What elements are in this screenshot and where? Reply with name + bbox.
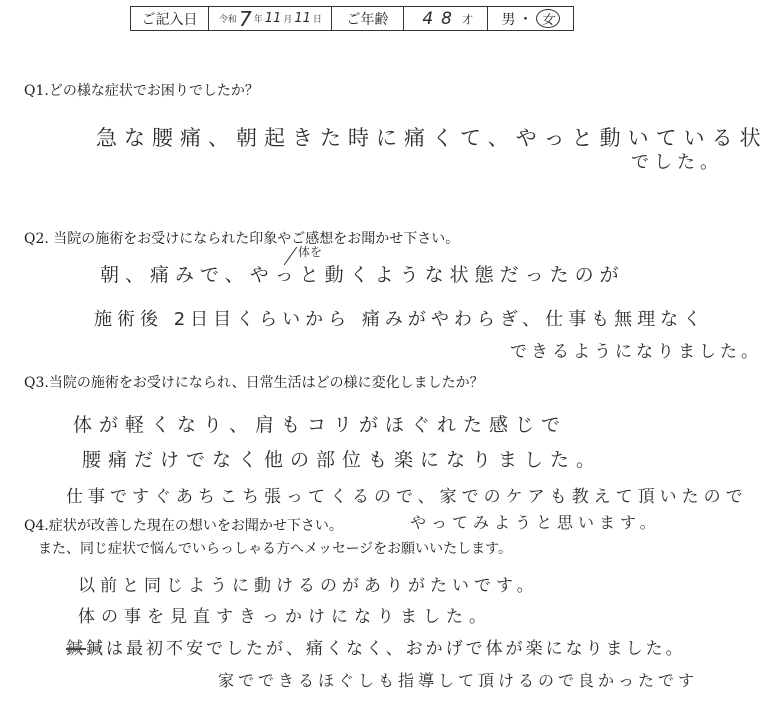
gender-male-option: 男 — [502, 9, 516, 29]
gender-separator: ・ — [519, 9, 533, 29]
answer-3-line-2: 腰痛だけでなく他の部位も楽になりました。 — [82, 445, 602, 472]
struck-out-character: 鍼 — [66, 639, 86, 659]
answer-1-line-2: でした。 — [631, 148, 723, 174]
answer-3-line-3: 仕事ですぐあちこち張ってくるので、家でのケアも教えて頂いたので — [66, 482, 748, 507]
day-unit: 日 — [313, 12, 322, 25]
age-value: 48 — [422, 9, 460, 29]
entry-date-label: ご記入日 — [131, 7, 209, 30]
answer-3-line-4: やってみようと思います。 — [410, 510, 661, 533]
answer-4-line-3: 鍼鍼は最初不安でしたが、痛くなく、おかげで体が楽になりました。 — [66, 634, 686, 659]
era-label: 令和 — [219, 12, 237, 25]
year-unit: 年 — [254, 12, 263, 25]
question-4: Q4.症状が改善した現在の想いをお聞かせ下さい。 — [24, 515, 343, 535]
age-label: ご年齢 — [332, 7, 404, 30]
question-1: Q1.どの様な症状でお困りでしたか？ — [24, 80, 259, 100]
answer-2-line-1: 朝、痛みで、やっと動くような状態だったのが — [100, 260, 625, 287]
age-field: 48 才 — [404, 7, 488, 30]
gender-female-option-circled: 女 — [536, 9, 560, 28]
question-4-subtext: また、同じ症状で悩んでいらっしゃる方へメッセージをお願いいたします。 — [38, 538, 512, 558]
answer-4-line-2: 体の事を見直すきっかけになりました。 — [78, 602, 492, 627]
answer-4-line-3-text: 鍼は最初不安でしたが、痛くなく、おかげで体が楽になりました。 — [86, 639, 686, 659]
month-value: 11 — [265, 11, 282, 26]
entry-date-field: 令和 7 年 11 月 11 日 — [209, 7, 332, 30]
gender-field: 男 ・ 女 — [488, 7, 573, 30]
answer-3-line-1: 体が軽くなり、肩もコリがほぐれた感じで — [73, 410, 567, 437]
answer-2-line-2: 施術後 2日目くらいから 痛みがやわらぎ、仕事も無理なく — [94, 305, 706, 331]
month-unit: 月 — [283, 12, 292, 25]
answer-4-line-4: 家でできるほぐしも指導して頂けるので良かったです — [218, 668, 698, 691]
day-value: 11 — [294, 11, 311, 26]
answer-4-line-1: 以前と同じように動けるのがありがたいです。 — [78, 571, 539, 596]
question-2: Q2. 当院の施術をお受けになられた印象やご感想をお聞かせ下さい。 — [24, 228, 459, 248]
age-unit: 才 — [462, 11, 473, 27]
answer-2-line-3: できるようになりました。 — [510, 337, 762, 362]
header-info-table: ご記入日 令和 7 年 11 月 11 日 ご年齢 48 才 男 ・ 女 — [130, 6, 574, 31]
year-value: 7 — [239, 7, 252, 31]
insertion-note: 体を — [298, 243, 322, 260]
question-3: Q3.当院の施術をお受けになられ、日常生活はどの様に変化しましたか？ — [24, 372, 484, 392]
